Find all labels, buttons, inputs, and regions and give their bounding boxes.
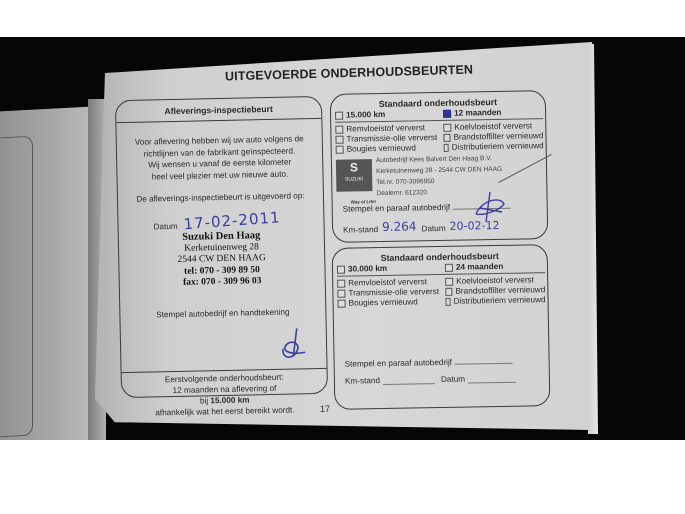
checkbox[interactable] <box>336 145 344 153</box>
checkbox[interactable] <box>337 289 345 297</box>
dealer-stamp: Suzuki Den Haag Kerketuinenweg 28 2544 C… <box>119 229 325 291</box>
delivery-inspection-header: Afleverings-inspectiebeurt <box>116 103 321 117</box>
checkbox[interactable] <box>445 277 453 285</box>
suzuki-s-icon: S <box>336 159 372 177</box>
checkbox[interactable] <box>335 111 343 119</box>
checkbox-checked[interactable] <box>443 109 451 117</box>
task-option[interactable]: Remvloeistof ververst <box>335 123 443 134</box>
signature-area <box>120 315 326 371</box>
checkbox[interactable] <box>445 287 452 295</box>
checkbox[interactable] <box>444 143 449 151</box>
task-label: Brandstoffilter vernieuwd <box>455 285 545 296</box>
task-option[interactable]: Koelvloeistof ververst <box>445 275 545 286</box>
checkbox[interactable] <box>445 297 450 305</box>
service-box-1: Standaard onderhoudsbeurt 15.000 km 12 m… <box>330 90 549 243</box>
task-label: Remvloeistof ververst <box>346 123 425 133</box>
stamp-area <box>334 304 549 360</box>
dealer-stamp: S SUZUKI Autobedrijf Kees Balvert Den Ha… <box>336 152 547 200</box>
task-option[interactable]: Brandstoffilter vernieuwd <box>443 131 543 142</box>
option-label: 12 maanden <box>454 108 501 118</box>
performed-on-label: De afleverings-inspectiebeurt is uitgevo… <box>118 191 323 204</box>
left-page-box-outline <box>0 136 33 438</box>
checkbox[interactable] <box>445 263 453 271</box>
date-field[interactable] <box>468 373 516 384</box>
task-option[interactable]: Koelvloeistof ververst <box>443 121 543 132</box>
task-label: Koelvloeistof ververst <box>454 121 532 131</box>
next-service-km: 15.000 km <box>210 396 249 406</box>
option-months[interactable]: 24 maanden <box>445 261 545 272</box>
task-label: Bougies vernieuwd <box>347 143 416 153</box>
checkbox[interactable] <box>335 135 343 143</box>
task-label: Remvloeistof ververst <box>348 277 427 287</box>
km-label: Km-stand <box>343 225 378 235</box>
next-service-bij: bij <box>200 396 211 405</box>
date-label: Datum <box>421 224 445 233</box>
header-divider <box>116 118 321 123</box>
task-option[interactable]: Brandstoffilter vernieuwd <box>445 285 545 296</box>
service-options: 15.000 km 12 maanden Remvloeistof verver… <box>335 107 546 154</box>
option-km[interactable]: 15.000 km <box>335 109 443 120</box>
km-field[interactable] <box>383 374 435 385</box>
task-label: Transmissie-olie ververst <box>348 287 439 298</box>
logo-text: SUZUKI <box>336 176 372 183</box>
checkbox[interactable] <box>443 123 451 131</box>
signature-icon <box>279 326 310 363</box>
task-option[interactable]: Bougies vernieuwd <box>336 143 444 154</box>
service-options: 30.000 km 24 maanden Remvloeistof verver… <box>337 261 548 308</box>
task-label: Brandstoffilter vernieuwd <box>453 131 543 142</box>
date-row: Datum 17-02-2011 <box>153 210 323 232</box>
task-label: Koelvloeistof ververst <box>456 275 534 285</box>
checkbox[interactable] <box>337 265 345 273</box>
left-page <box>0 106 100 440</box>
option-label: 15.000 km <box>346 110 385 120</box>
task-label: Transmissie-olie ververst <box>346 133 437 144</box>
option-km[interactable]: 30.000 km <box>337 263 445 274</box>
task-option[interactable]: Distributieriem vernieuwd <box>444 141 544 152</box>
task-label: Bougies vernieuwd <box>348 297 417 307</box>
option-label: 24 maanden <box>456 262 503 272</box>
delivery-inspection-box: Afleverings-inspectiebeurt Voor afleveri… <box>115 96 328 398</box>
suzuki-logo-icon: S SUZUKI <box>336 159 373 192</box>
km-date-row: Km-stand Datum <box>345 372 549 386</box>
task-label: Distributieriem vernieuwd <box>454 295 546 306</box>
task-option[interactable]: Transmissie-olie ververst <box>337 287 445 298</box>
km-date-row: Km-stand 9.264 Datum 20-02-12 <box>343 217 547 235</box>
task-option[interactable]: Bougies vernieuwd <box>337 297 445 308</box>
stamp-label: Stempel en paraaf autobedrijf <box>343 203 451 214</box>
task-label: Distributieriem vernieuwd <box>452 141 544 152</box>
page-number: 17 <box>320 404 330 414</box>
task-option[interactable]: Distributieriem vernieuwd <box>445 295 545 306</box>
dealer-line: Kerketuinenweg 28 - 2544 CW DEN HAAG <box>376 164 502 177</box>
date-label: Datum <box>441 375 465 384</box>
intro-text: Voor aflevering hebben wij uw auto volge… <box>117 133 323 183</box>
km-label: Km-stand <box>345 376 380 386</box>
task-option[interactable]: Remvloeistof ververst <box>337 277 445 288</box>
date-label: Datum <box>153 222 177 232</box>
paraaf-signature-icon <box>470 190 510 226</box>
signature-line[interactable] <box>455 363 513 365</box>
task-option[interactable]: Transmissie-olie ververst <box>335 133 443 144</box>
checkbox[interactable] <box>338 299 346 307</box>
checkbox[interactable] <box>335 125 343 133</box>
stamp-label: Stempel en paraaf autobedrijf <box>345 358 453 369</box>
option-label: 30.000 km <box>348 264 387 274</box>
service-box-2: Standaard onderhoudsbeurt 30.000 km 24 m… <box>332 244 551 410</box>
km-value[interactable]: 9.264 <box>382 219 417 234</box>
next-service-text: Eerstvolgende onderhoudsbeurt: 12 maande… <box>122 370 328 419</box>
option-months[interactable]: 12 maanden <box>443 107 543 118</box>
checkbox[interactable] <box>337 279 345 287</box>
checkbox[interactable] <box>443 133 450 141</box>
